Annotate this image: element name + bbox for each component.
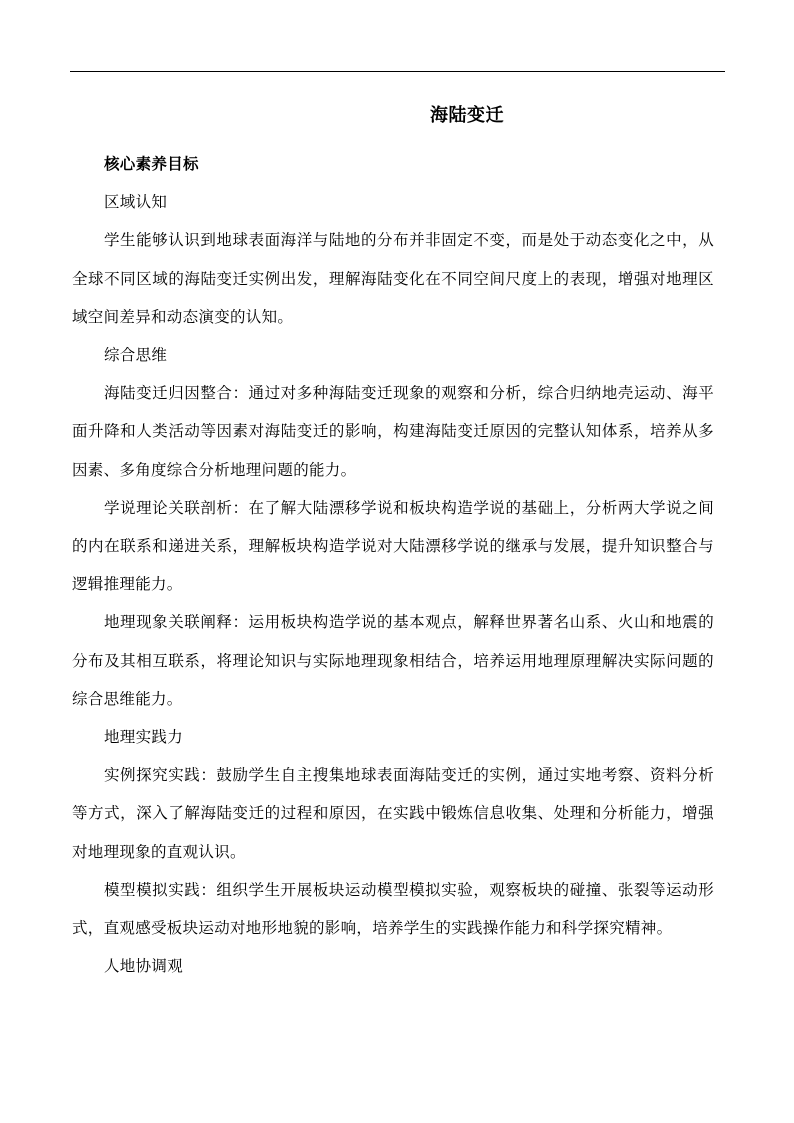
paragraph: 模型模拟实践：组织学生开展板块运动模型模拟实验，观察板块的碰撞、张裂等运动形式，… (72, 871, 714, 947)
subheading-geographic-practice: 地理实践力 (72, 718, 714, 756)
subheading-regional-cognition: 区域认知 (72, 183, 714, 221)
page-title: 海陆变迁 (430, 104, 504, 128)
header-rule (70, 71, 725, 72)
paragraph: 学说理论关联剖析：在了解大陆漂移学说和板块构造学说的基础上，分析两大学说之间的内… (72, 489, 714, 604)
paragraph: 地理现象关联阐释：运用板块构造学说的基本观点，解释世界著名山系、火山和地震的分布… (72, 603, 714, 718)
subheading-human-earth-harmony: 人地协调观 (72, 947, 714, 985)
section-heading-core-literacy: 核心素养目标 (72, 145, 714, 183)
paragraph: 实例探究实践：鼓励学生自主搜集地球表面海陆变迁的实例，通过实地考察、资料分析等方… (72, 756, 714, 871)
subheading-integrated-thinking: 综合思维 (72, 336, 714, 374)
document-body: 核心素养目标 区域认知 学生能够认识到地球表面海洋与陆地的分布并非固定不变，而是… (72, 145, 714, 985)
paragraph: 学生能够认识到地球表面海洋与陆地的分布并非固定不变，而是处于动态变化之中，从全球… (72, 221, 714, 336)
paragraph: 海陆变迁归因整合：通过对多种海陆变迁现象的观察和分析，综合归纳地壳运动、海平面升… (72, 374, 714, 489)
